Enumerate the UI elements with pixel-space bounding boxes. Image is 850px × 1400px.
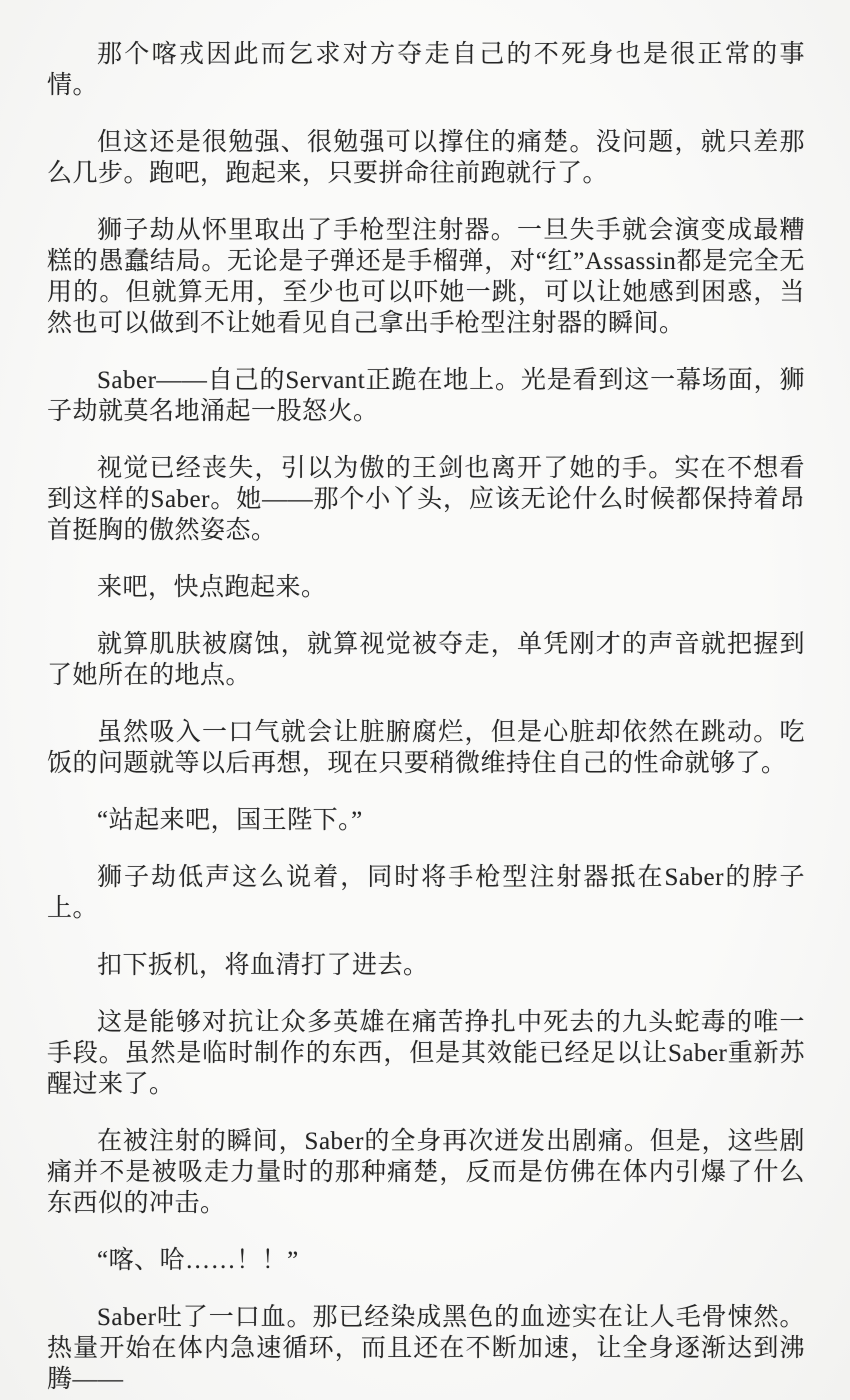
paragraph-14: “喀、哈……！！”: [47, 1245, 805, 1276]
paragraph-10: 狮子劫低声这么说着，同时将手枪型注射器抵在Saber的脖子上。: [47, 862, 805, 924]
paragraph-8: 虽然吸入一口气就会让脏腑腐烂，但是心脏却依然在跳动。吃饭的问题就等以后再想，现在…: [47, 717, 805, 779]
paragraph-7: 就算肌肤被腐蚀，就算视觉被夺走，单凭刚才的声音就把握到了她所在的地点。: [47, 629, 805, 691]
paragraph-12: 这是能够对抗让众多英雄在痛苦挣扎中死去的九头蛇毒的唯一手段。虽然是临时制作的东西…: [47, 1007, 805, 1100]
text-body: 那个喀戎因此而乞求对方夺走自己的不死身也是很正常的事情。 但这还是很勉强、很勉强…: [47, 39, 805, 1395]
paragraph-3: 狮子劫从怀里取出了手枪型注射器。一旦失手就会演变成最糟糕的愚蠢结局。无论是子弹还…: [47, 215, 805, 339]
paragraph-13: 在被注射的瞬间，Saber的全身再次迸发出剧痛。但是，这些剧痛并不是被吸走力量时…: [47, 1126, 805, 1219]
paragraph-4: Saber——自己的Servant正跪在地上。光是看到这一幕场面，狮子劫就莫名地…: [47, 365, 805, 427]
novel-page: 那个喀戎因此而乞求对方夺走自己的不死身也是很正常的事情。 但这还是很勉强、很勉强…: [0, 0, 850, 1400]
paragraph-9: “站起来吧，国王陛下。”: [47, 805, 805, 836]
paragraph-6: 来吧，快点跑起来。: [47, 572, 805, 603]
paragraph-2: 但这还是很勉强、很勉强可以撑住的痛楚。没问题，就只差那么几步。跑吧，跑起来，只要…: [47, 127, 805, 189]
paragraph-15: Saber吐了一口血。那已经染成黑色的血迹实在让人毛骨悚然。热量开始在体内急速循…: [47, 1302, 805, 1395]
paragraph-11: 扣下扳机，将血清打了进去。: [47, 950, 805, 981]
paragraph-1: 那个喀戎因此而乞求对方夺走自己的不死身也是很正常的事情。: [47, 39, 805, 101]
paragraph-5: 视觉已经丧失，引以为傲的王剑也离开了她的手。实在不想看到这样的Saber。她——…: [47, 453, 805, 546]
